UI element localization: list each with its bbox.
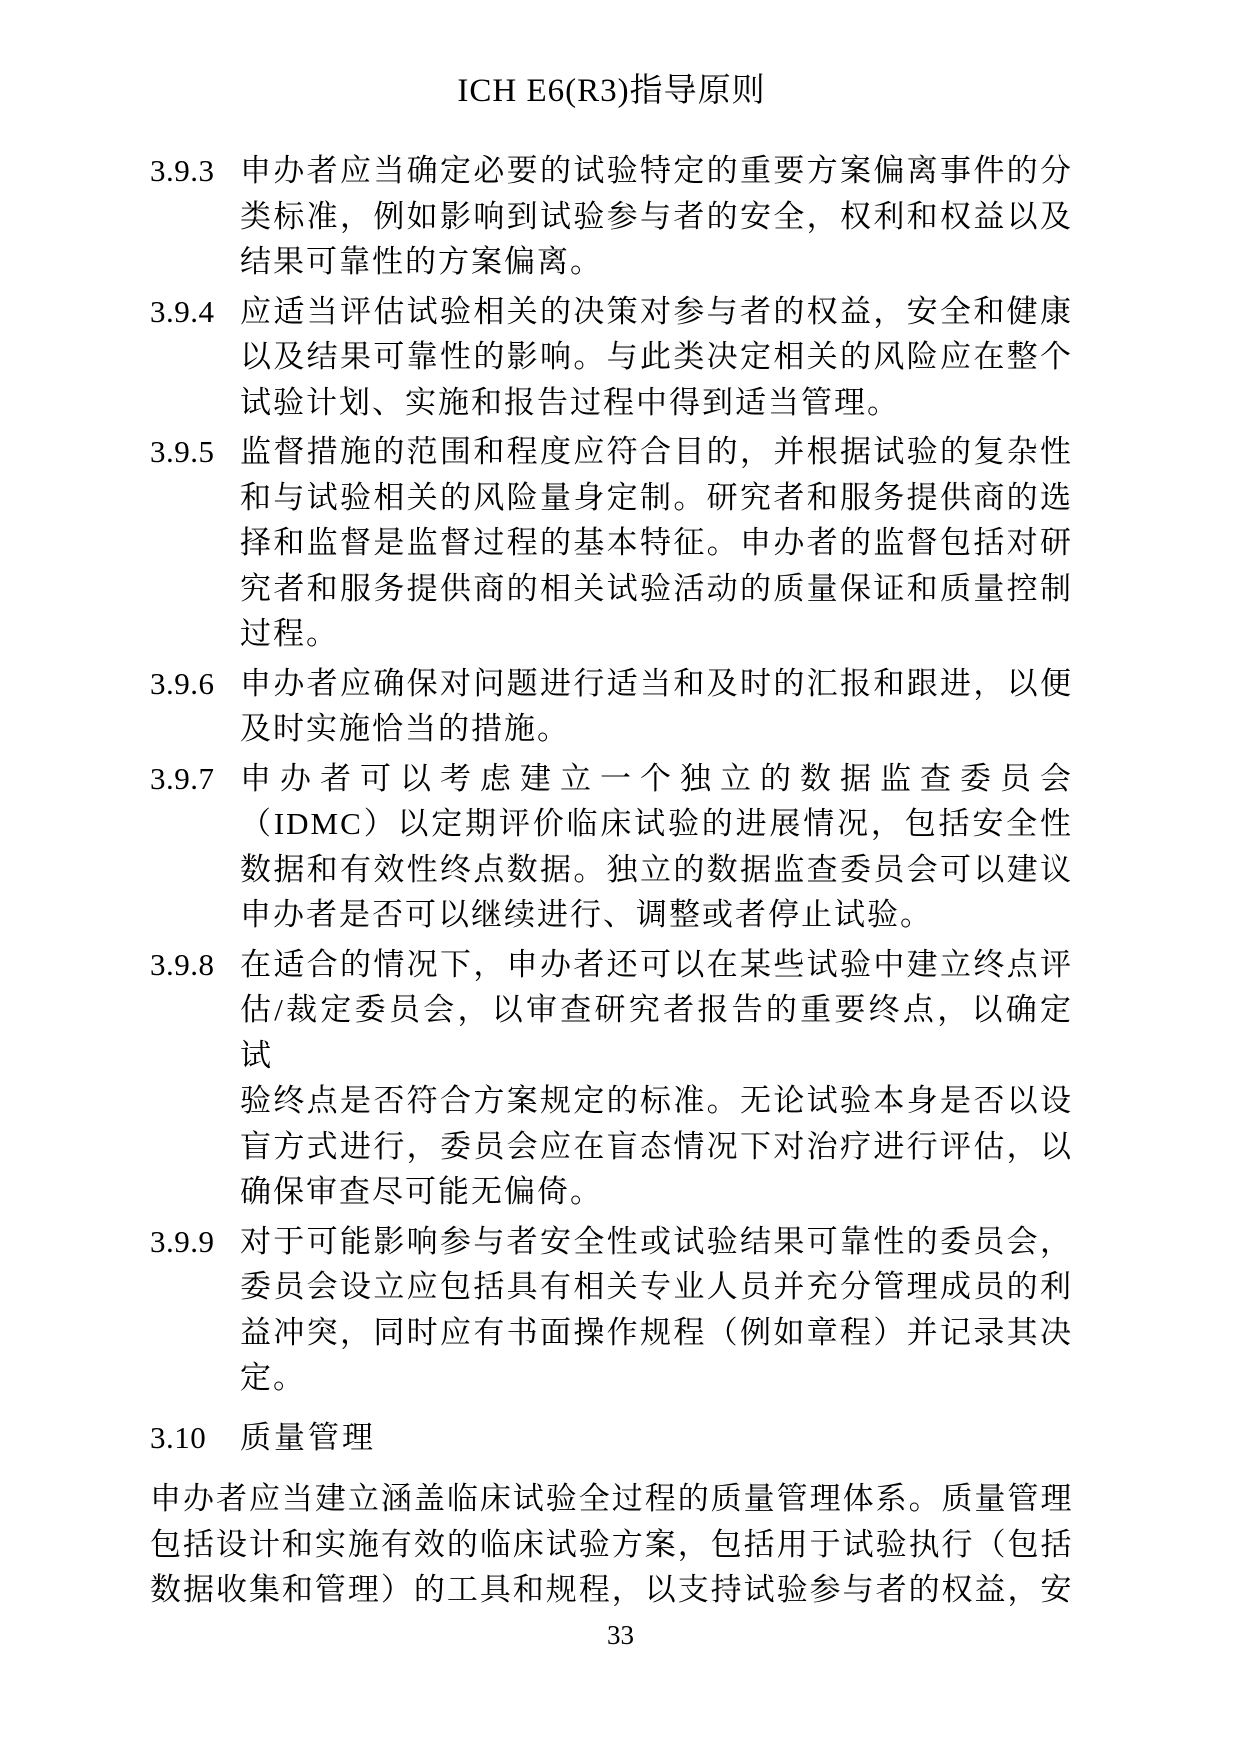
list-item: 3.9.4应适当评估试验相关的决策对参与者的权益，安全和健康以及结果可靠性的影响…: [150, 289, 1073, 426]
clause-line: 以及结果可靠性的影响。与此类决定相关的风险应在整个: [240, 334, 1073, 380]
document-page: ICH E6(R3)指导原则 3.9.3申办者应当确定必要的试验特定的重要方案偏…: [0, 0, 1241, 1755]
clause-line: 委员会设立应包括具有相关专业人员并充分管理成员的利: [240, 1264, 1073, 1310]
section-number: 3.10: [150, 1415, 240, 1461]
paragraph-line: 包括设计和实施有效的临床试验方案，包括用于试验执行（包括: [150, 1522, 1073, 1568]
clause-line: 数据和有效性终点数据。独立的数据监查委员会可以建议: [240, 847, 1073, 893]
list-item: 3.9.8在适合的情况下，申办者还可以在某些试验中建立终点评估/裁定委员会，以审…: [150, 942, 1073, 1215]
clause-line: 和与试验相关的风险量身定制。研究者和服务提供商的选: [240, 475, 1073, 521]
clause-line: 究者和服务提供商的相关试验活动的质量保证和质量控制: [240, 566, 1073, 612]
clause-number: 3.9.8: [150, 942, 240, 1215]
clause-text: 监督措施的范围和程度应符合目的，并根据试验的复杂性和与试验相关的风险量身定制。研…: [240, 429, 1073, 657]
clause-line: 申办者是否可以继续进行、调整或者停止试验。: [240, 892, 1073, 938]
clause-text: 对于可能影响参与者安全性或试验结果可靠性的委员会，委员会设立应包括具有相关专业人…: [240, 1219, 1073, 1401]
clause-line: 验终点是否符合方案规定的标准。无论试验本身是否以设: [240, 1078, 1073, 1124]
clause-number: 3.9.3: [150, 148, 240, 285]
section-title: 质量管理: [240, 1415, 376, 1461]
document-header-title: ICH E6(R3)指导原则: [150, 70, 1073, 112]
clause-line: 类标准，例如影响到试验参与者的安全，权利和权益以及: [240, 194, 1073, 240]
numbered-clause-list: 3.9.3申办者应当确定必要的试验特定的重要方案偏离事件的分类标准，例如影响到试…: [150, 148, 1073, 1401]
paragraph-line: 数据收集和管理）的工具和规程，以支持试验参与者的权益，安: [150, 1567, 1073, 1613]
clause-line: 对于可能影响参与者安全性或试验结果可靠性的委员会，: [240, 1219, 1073, 1265]
clause-text: 申办者应确保对问题进行适当和及时的汇报和跟进，以便及时实施恰当的措施。: [240, 661, 1073, 752]
list-item: 3.9.6申办者应确保对问题进行适当和及时的汇报和跟进，以便及时实施恰当的措施。: [150, 661, 1073, 752]
clause-text: 应适当评估试验相关的决策对参与者的权益，安全和健康以及结果可靠性的影响。与此类决…: [240, 289, 1073, 426]
clause-number: 3.9.5: [150, 429, 240, 657]
clause-line: 结果可靠性的方案偏离。: [240, 239, 1073, 285]
clause-line: 择和监督是监督过程的基本特征。申办者的监督包括对研: [240, 520, 1073, 566]
clause-text: 在适合的情况下，申办者还可以在某些试验中建立终点评估/裁定委员会，以审查研究者报…: [240, 942, 1073, 1215]
clause-line: 监督措施的范围和程度应符合目的，并根据试验的复杂性: [240, 429, 1073, 475]
clause-number: 3.9.9: [150, 1219, 240, 1401]
body-paragraph: 申办者应当建立涵盖临床试验全过程的质量管理体系。质量管理包括设计和实施有效的临床…: [150, 1476, 1073, 1613]
clause-line: 及时实施恰当的措施。: [240, 706, 1073, 752]
clause-line: 申办者应当确定必要的试验特定的重要方案偏离事件的分: [240, 148, 1073, 194]
clause-line: 估/裁定委员会，以审查研究者报告的重要终点，以确定试: [240, 987, 1073, 1078]
clause-text: 申办者应当确定必要的试验特定的重要方案偏离事件的分类标准，例如影响到试验参与者的…: [240, 148, 1073, 285]
page-number: 33: [0, 1618, 1241, 1652]
section-heading: 3.10 质量管理: [150, 1415, 1073, 1461]
list-item: 3.9.5监督措施的范围和程度应符合目的，并根据试验的复杂性和与试验相关的风险量…: [150, 429, 1073, 657]
list-item: 3.9.7申办者可以考虑建立一个独立的数据监查委员会（IDMC）以定期评价临床试…: [150, 756, 1073, 938]
clause-number: 3.9.7: [150, 756, 240, 938]
list-item: 3.9.3申办者应当确定必要的试验特定的重要方案偏离事件的分类标准，例如影响到试…: [150, 148, 1073, 285]
clause-line: 过程。: [240, 611, 1073, 657]
clause-text: 申办者可以考虑建立一个独立的数据监查委员会（IDMC）以定期评价临床试验的进展情…: [240, 756, 1073, 938]
clause-line: 申办者可以考虑建立一个独立的数据监查委员会: [240, 756, 1073, 802]
clause-line: （IDMC）以定期评价临床试验的进展情况，包括安全性: [240, 801, 1073, 847]
clause-line: 申办者应确保对问题进行适当和及时的汇报和跟进，以便: [240, 661, 1073, 707]
clause-line: 益冲突，同时应有书面操作规程（例如章程）并记录其决: [240, 1310, 1073, 1356]
clause-line: 应适当评估试验相关的决策对参与者的权益，安全和健康: [240, 289, 1073, 335]
clause-line: 试验计划、实施和报告过程中得到适当管理。: [240, 380, 1073, 426]
clause-line: 盲方式进行，委员会应在盲态情况下对治疗进行评估，以: [240, 1124, 1073, 1170]
list-item: 3.9.9对于可能影响参与者安全性或试验结果可靠性的委员会，委员会设立应包括具有…: [150, 1219, 1073, 1401]
clause-line: 定。: [240, 1355, 1073, 1401]
clause-number: 3.9.4: [150, 289, 240, 426]
clause-line: 在适合的情况下，申办者还可以在某些试验中建立终点评: [240, 942, 1073, 988]
clause-line: 确保审查尽可能无偏倚。: [240, 1169, 1073, 1215]
paragraph-line: 申办者应当建立涵盖临床试验全过程的质量管理体系。质量管理: [150, 1476, 1073, 1522]
clause-number: 3.9.6: [150, 661, 240, 752]
